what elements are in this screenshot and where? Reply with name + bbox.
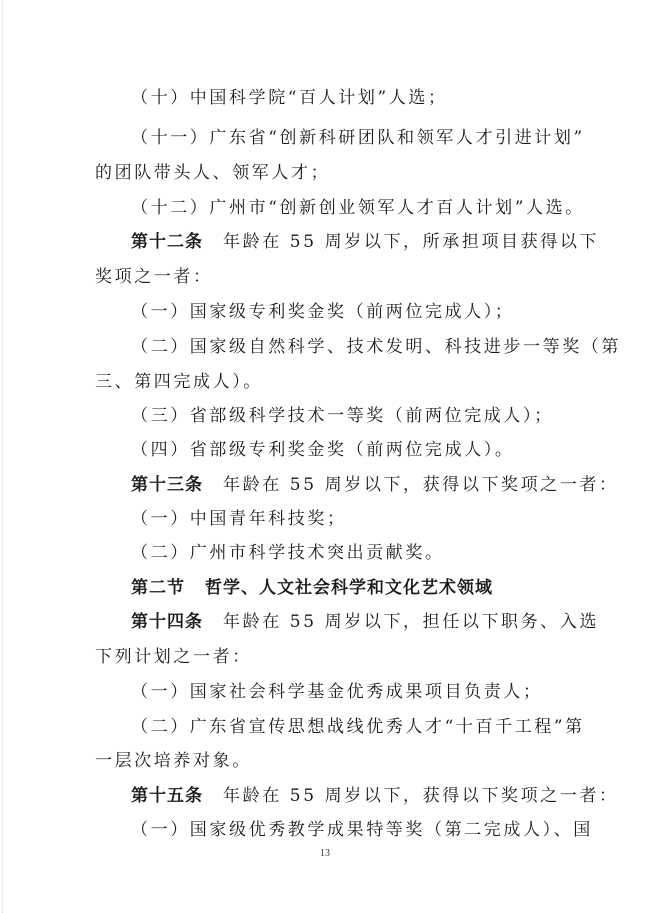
article-body: 年龄在 55 周岁以下，获得以下奖项之一者： — [223, 786, 619, 806]
list-item-continuation: 三、第四完成人）。 — [95, 372, 263, 392]
document-page: （十）中国科学院“百人计划”人选； （十一）广东省“创新科研团队和领军人才引进计… — [0, 0, 650, 913]
list-item: （四）省部级专利奖金奖（前两位完成人）。 — [131, 440, 515, 460]
list-item: （一）国家级优秀教学成果特等奖（第二完成人）、国 — [131, 820, 593, 840]
list-item: （二）广东省宣传思想战线优秀人才“十百千工程”第 — [131, 717, 585, 737]
list-item: （十）中国科学院“百人计划”人选； — [131, 88, 448, 108]
article-body: 年龄在 55 周岁以下，获得以下奖项之一者： — [223, 475, 619, 495]
list-item: （二）广州市科学技术突出贡献奖。 — [131, 543, 445, 563]
list-item: （十二）广州市“创新创业领军人才百人计划”人选。 — [131, 198, 585, 218]
page-number: 13 — [0, 848, 650, 859]
article-continuation: 奖项之一者： — [95, 267, 213, 287]
article-12: 第十二条年龄在 55 周岁以下，所承担项目获得以下 — [131, 232, 599, 252]
article-body: 年龄在 55 周岁以下，担任以下职务、入选 — [223, 612, 599, 632]
list-item: （二）国家级自然科学、技术发明、科技进步一等奖（第 — [131, 337, 621, 357]
list-item-continuation: 一层次培养对象。 — [95, 751, 252, 771]
list-item: （一）国家级专利奖金奖（前两位完成人）； — [131, 302, 515, 322]
article-15: 第十五条年龄在 55 周岁以下，获得以下奖项之一者： — [131, 786, 619, 806]
section-number: 第二节 — [131, 578, 185, 598]
article-heading: 第十三条 — [131, 475, 203, 495]
section-title: 哲学、人文社会科学和文化艺术领域 — [205, 578, 493, 598]
list-item: （三）省部级科学技术一等奖（前两位完成人）； — [131, 406, 554, 426]
article-14: 第十四条年龄在 55 周岁以下，担任以下职务、入选 — [131, 612, 599, 632]
article-heading: 第十五条 — [131, 786, 203, 806]
list-item: （十一）广东省“创新科研团队和领军人才引进计划” — [131, 128, 585, 148]
article-heading: 第十四条 — [131, 612, 203, 632]
article-heading: 第十二条 — [131, 232, 203, 252]
list-item: （一）中国青年科技奖； — [131, 509, 347, 529]
list-item-continuation: 的团队带头人、领军人才； — [95, 163, 330, 183]
article-13: 第十三条年龄在 55 周岁以下，获得以下奖项之一者： — [131, 475, 619, 495]
section-heading: 第二节哲学、人文社会科学和文化艺术领域 — [131, 578, 493, 598]
list-item: （一）国家社会科学基金优秀成果项目负责人； — [131, 682, 543, 702]
article-continuation: 下列计划之一者： — [95, 647, 252, 667]
scan-edge — [2, 0, 4, 913]
article-body: 年龄在 55 周岁以下，所承担项目获得以下 — [223, 232, 599, 252]
